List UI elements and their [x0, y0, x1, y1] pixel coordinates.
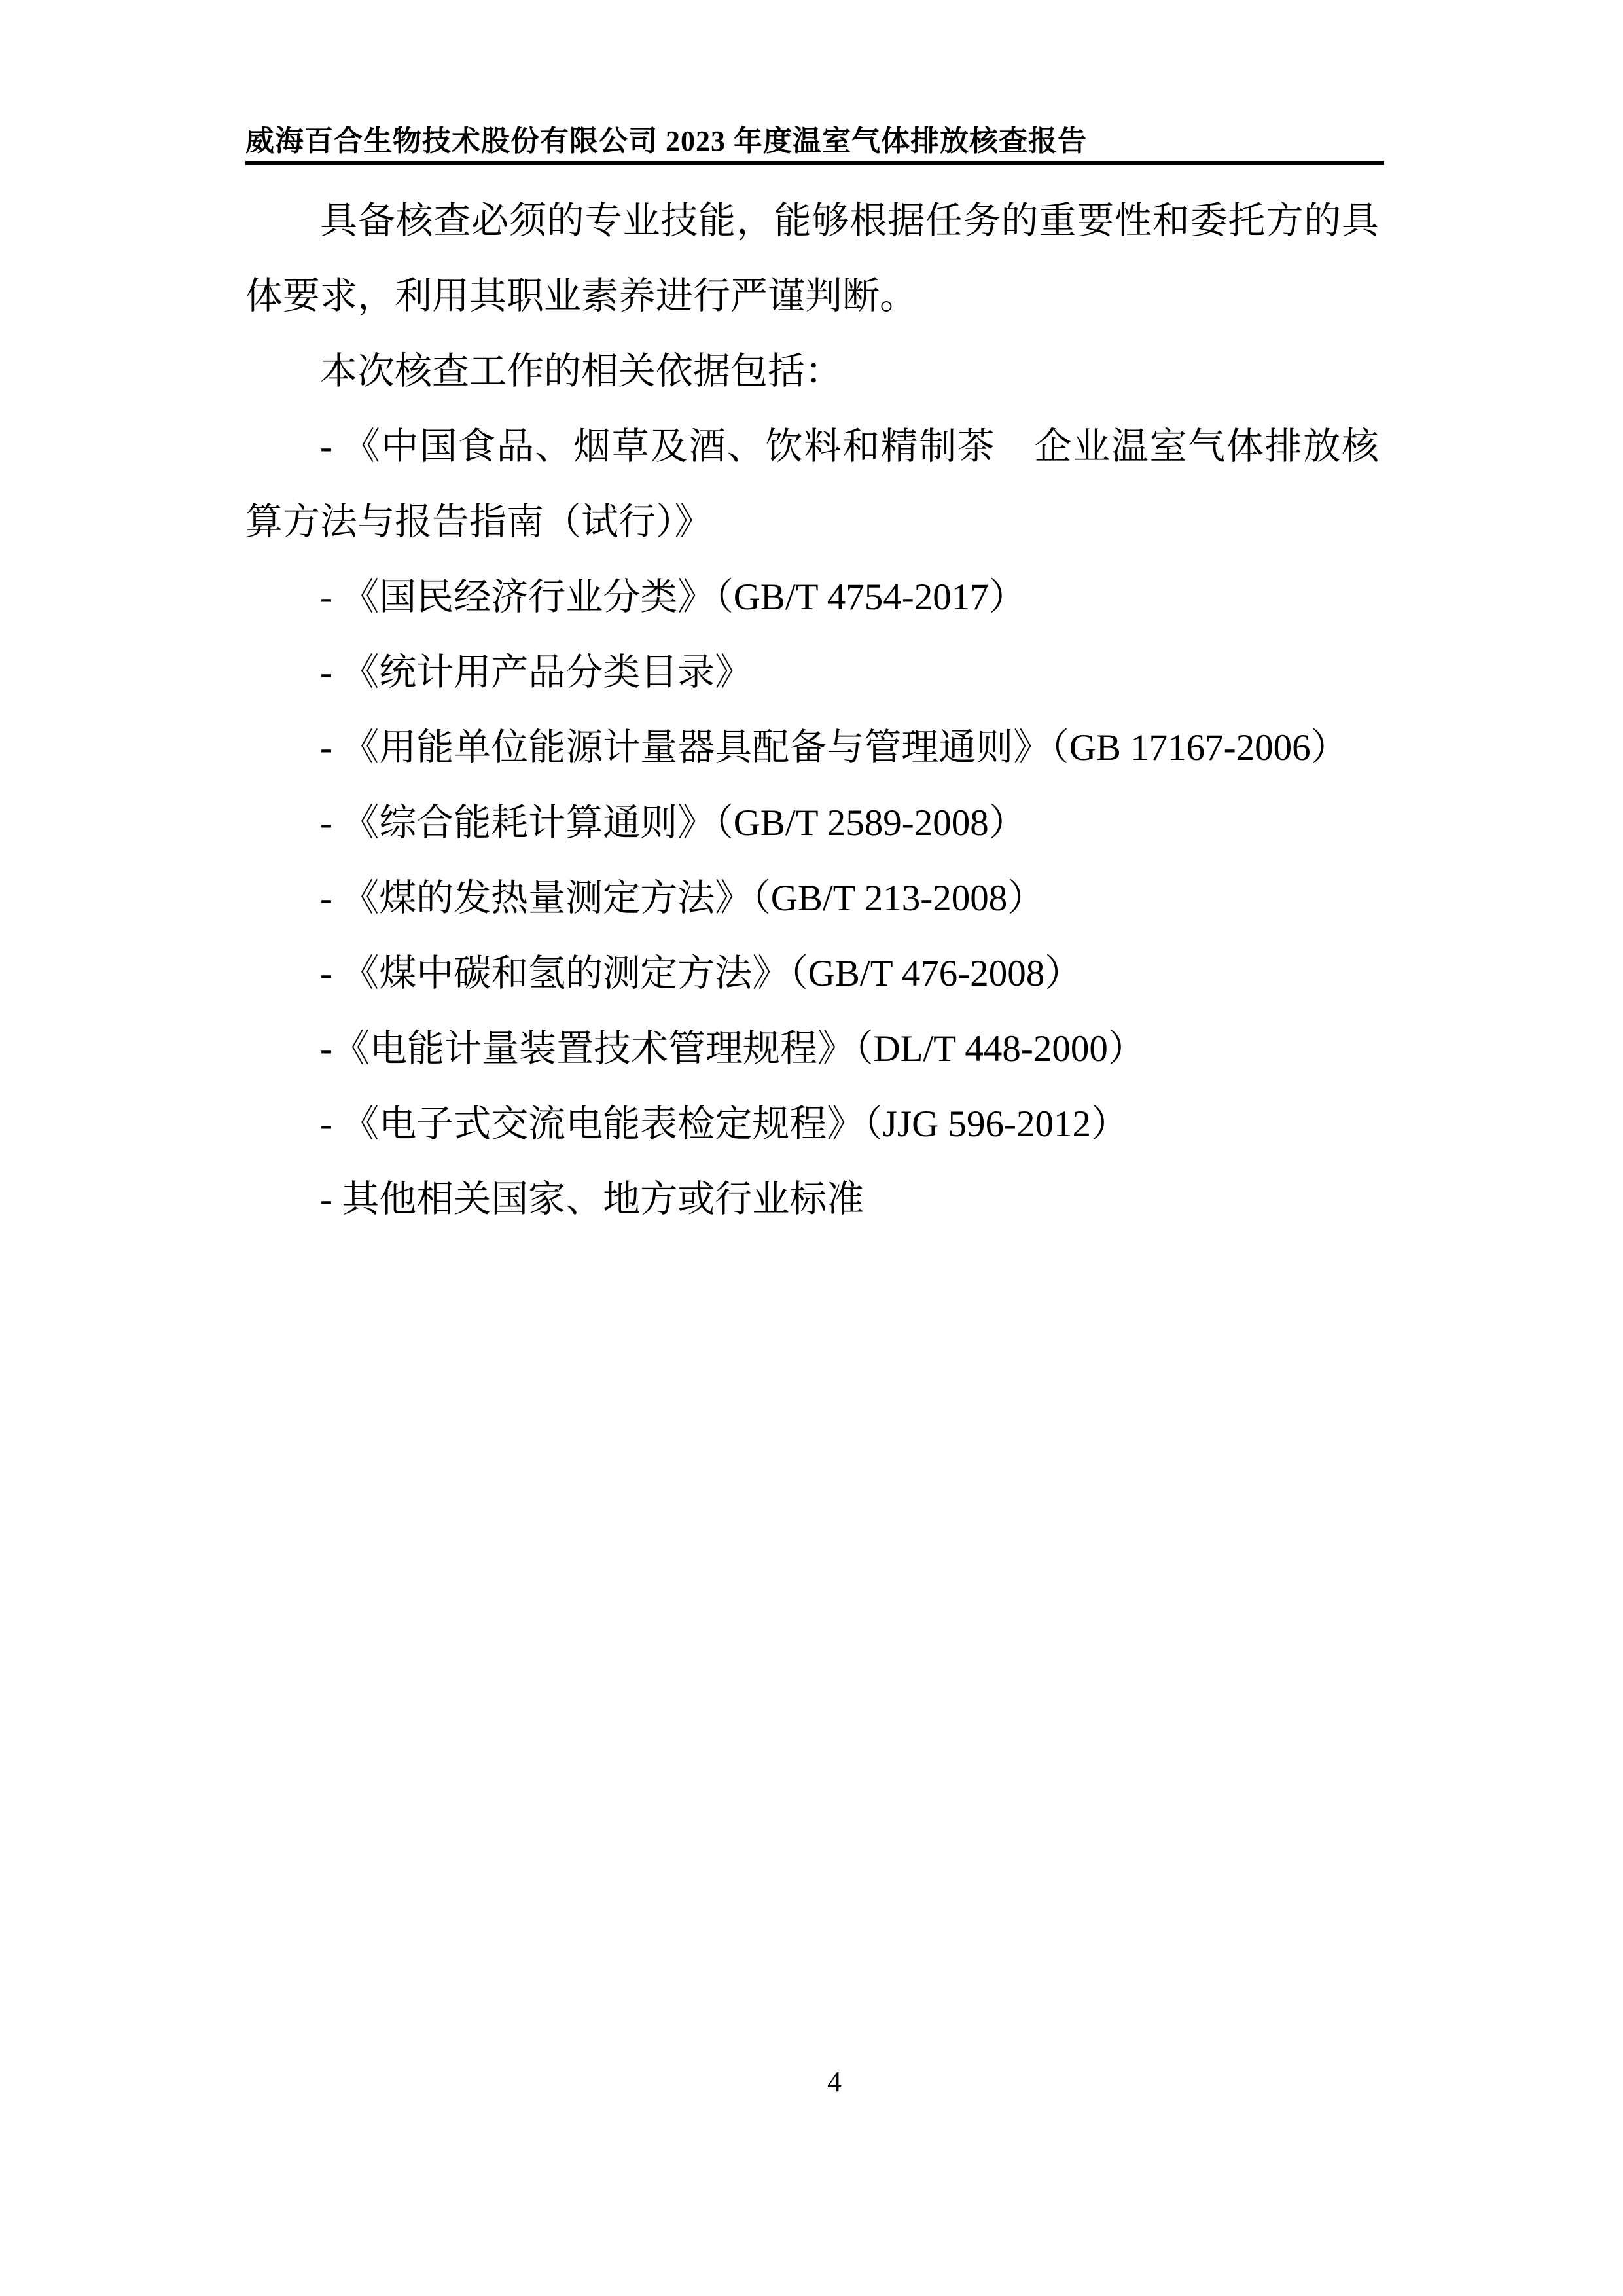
- reference-item: - 《用能单位能源计量器具配备与管理通则》（GB 17167-2006）: [245, 710, 1379, 785]
- page-number: 4: [827, 2066, 842, 2098]
- reference-item: -《电能计量装置技术管理规程》（DL/T 448-2000）: [245, 1011, 1379, 1086]
- reference-item: - 《煤中碳和氢的测定方法》（GB/T 476-2008）: [245, 936, 1379, 1011]
- page-header-title: 威海百合生物技术股份有限公司 2023 年度温室气体排放核查报告: [245, 124, 1384, 158]
- page-header: 威海百合生物技术股份有限公司 2023 年度温室气体排放核查报告: [245, 124, 1384, 165]
- reference-item: - 《电子式交流电能表检定规程》（JJG 596-2012）: [245, 1086, 1379, 1162]
- reference-item: - 其他相关国家、地方或行业标准: [245, 1162, 1379, 1237]
- reference-item: - 《中国食品、烟草及酒、饮料和精制茶 企业温室气体排放核算方法与报告指南（试行…: [245, 409, 1379, 560]
- reference-item: - 《煤的发热量测定方法》（GB/T 213-2008）: [245, 861, 1379, 936]
- body-paragraph: 具备核查必须的专业技能，能够根据任务的重要性和委托方的具体要求，利用其职业素养进…: [245, 183, 1379, 334]
- reference-item: - 《统计用产品分类目录》: [245, 635, 1379, 710]
- document-page: 威海百合生物技术股份有限公司 2023 年度温室气体排放核查报告 具备核查必须的…: [0, 0, 1623, 2296]
- document-body: 具备核查必须的专业技能，能够根据任务的重要性和委托方的具体要求，利用其职业素养进…: [245, 183, 1379, 1237]
- reference-item: - 《国民经济行业分类》（GB/T 4754-2017）: [245, 560, 1379, 635]
- reference-item: - 《综合能耗计算通则》（GB/T 2589-2008）: [245, 785, 1379, 861]
- body-paragraph: 本次核查工作的相关依据包括：: [245, 334, 1379, 409]
- page-footer: 4: [245, 2065, 1423, 2099]
